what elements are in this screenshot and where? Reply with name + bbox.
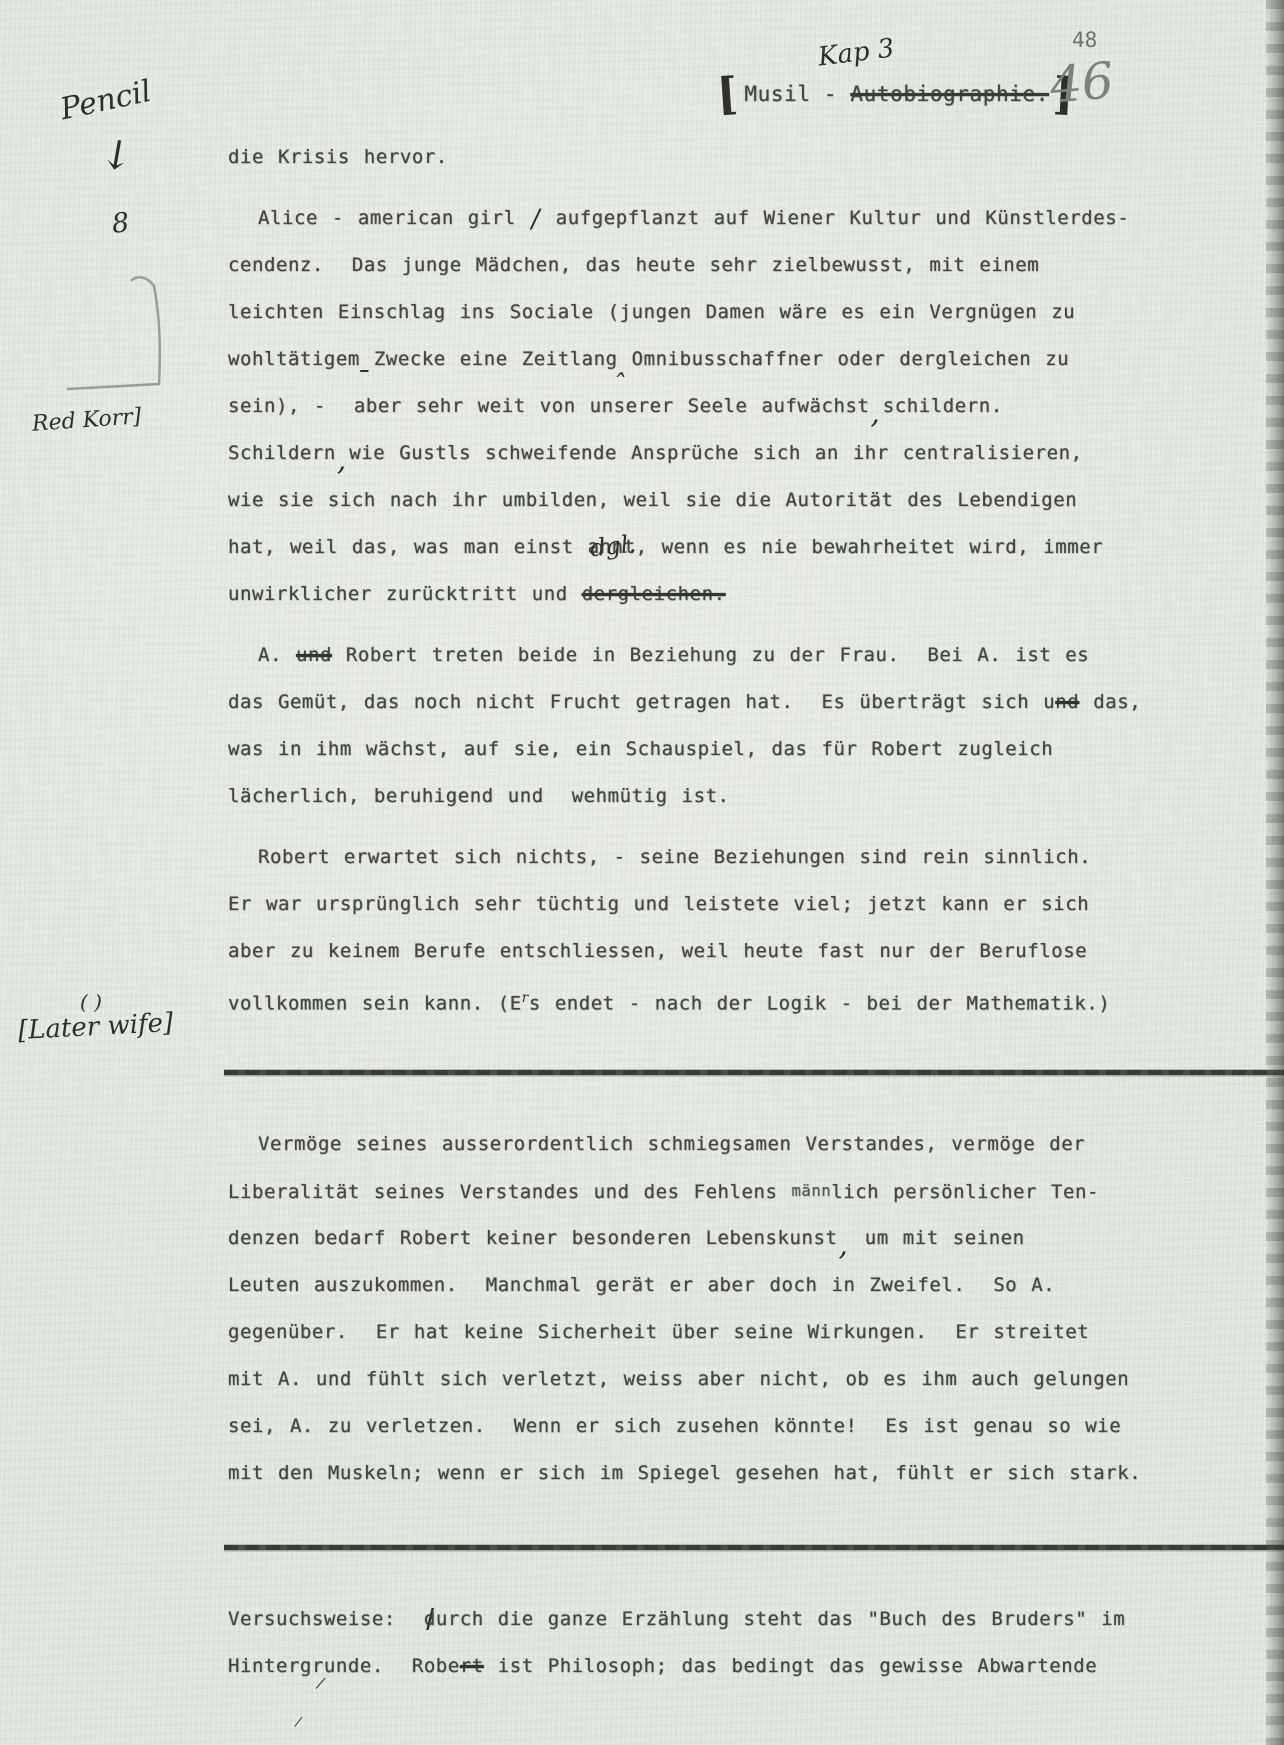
text-segment: aber zu keinem Berufe entschliessen, wei… [228, 940, 1087, 962]
text-line: sein), - aber sehr weit von unserer Seel… [228, 383, 1176, 430]
text-segment: unwirklicher zurücktritt und [228, 583, 582, 605]
text-segment: leichten Einschlag ins Sociale (jungen D… [228, 301, 1075, 323]
red-korr-note: Red Korr] [31, 406, 142, 436]
text-segment: lich persönlicher Ten- [831, 1181, 1099, 1203]
text-segment: das, [1079, 691, 1141, 713]
text-segment-sup: r [522, 990, 529, 1006]
text-line: Robert erwartet sich nichts, - seine Bez… [228, 834, 1176, 881]
text-line: vollkommen sein kann. (Ers endet - nach … [228, 975, 1176, 1022]
text-segment: Er war ursprünglich sehr tüchtig und lei… [228, 893, 1089, 915]
text-segment: A. [258, 644, 296, 666]
paragraph: Alice - american girl / aufgepflanzt auf… [228, 195, 1176, 618]
text-segment: was in ihm wächst, auf sie, ein Schauspi… [228, 738, 1053, 760]
text-segment: Liberalität seines Verstandes und des Fe… [228, 1181, 792, 1203]
down-arrow-mark: ↓ [97, 133, 137, 178]
text-segment: urch die ganze Erzählung steht das "Buch… [436, 1608, 1125, 1630]
text-line: Liberalität seines Verstandes und des Fe… [228, 1168, 1176, 1215]
text-line: aber zu keinem Berufe entschliessen, wei… [228, 928, 1176, 975]
text-segment-strike: nd [1055, 691, 1079, 713]
paragraph: A. und Robert treten beide in Beziehung … [228, 632, 1176, 820]
manuscript-page: [Musil - Autobiographie.] 48 46 die Kris… [0, 0, 1284, 1745]
text-line: die Krisis hervor. [228, 134, 1176, 181]
text-segment: sein), - aber sehr weit von unserer Seel… [228, 395, 869, 417]
text-segment: mit A. und fühlt sich verletzt, weiss ab… [228, 1368, 1129, 1390]
text-line: hat, weil das, was man einst ahnt, wenn … [228, 524, 1176, 571]
text-segment: Robert erwartet sich nichts, - seine Bez… [258, 846, 1091, 868]
text-line: Versuchsweise: durch die ganze Erzählung… [228, 1596, 1176, 1643]
typed-divider-rule [224, 1545, 1284, 1550]
text-line: Alice - american girl / aufgepflanzt auf… [228, 195, 1176, 242]
text-segment: Schildern [228, 442, 336, 464]
text-segment: Hintergrunde. Robe [228, 1655, 460, 1677]
pencil-note: Pencil [58, 77, 154, 125]
document-title: [Musil - Autobiographie.] [664, 58, 1074, 130]
text-line: wie sie sich nach ihr umbilden, weil sie… [228, 477, 1176, 524]
text-segment: die Krisis hervor. [228, 146, 448, 168]
text-segment: Versuchsweise: [228, 1608, 424, 1630]
text-segment: Robert treten beide in Beziehung zu der … [332, 644, 1089, 666]
text-segment-comma: , [870, 396, 879, 430]
text-line: lächerlich, beruhigend und wehmütig ist. [228, 773, 1176, 820]
pencil-bracket-mark [58, 272, 188, 402]
text-segment-dstroke: d [424, 1608, 436, 1630]
text-line: sei, A. zu verletzen. Wenn er sich zuseh… [228, 1403, 1176, 1450]
dgl-insertion: dgl. [589, 532, 637, 561]
text-segment: wie Gustls schweifende Ansprüche sich an… [349, 442, 1082, 464]
text-segment: lächerlich, beruhigend und wehmütig ist. [228, 785, 730, 807]
later-wife-parens: ( ) [80, 992, 102, 1012]
text-segment: aufgepflanzt auf Wiener Kultur und Künst… [542, 207, 1129, 229]
text-line: Schildern,wie Gustls schweifende Ansprüc… [228, 430, 1176, 477]
typed-divider-rule [224, 1070, 1284, 1075]
page-number-typed: 48 [1072, 28, 1097, 52]
text-line: Er war ursprünglich sehr tüchtig und lei… [228, 881, 1176, 928]
text-line: wohltätigem Zwecke eine Zeitlang Omnibus… [228, 336, 1176, 383]
text-segment: vollkommen sein kann. (E [228, 993, 522, 1015]
text-segment: wie sie sich nach ihr umbilden, weil sie… [228, 489, 1077, 511]
text-segment-comma: , [337, 443, 346, 477]
open-bracket-mark: [ [717, 94, 738, 95]
text-segment-strike: rt [460, 1655, 484, 1677]
text-segment: ist Philosoph; das bedingt das gewisse A… [484, 1655, 1097, 1677]
paragraph: Robert erwartet sich nichts, - seine Bez… [228, 834, 1176, 1022]
text-segment: Leuten auszukommen. Manchmal gerät er ab… [228, 1274, 1055, 1296]
text-segment-strike: dergleichen. [582, 583, 726, 605]
stray-mark-2: / [295, 1716, 302, 1730]
caret-mark: ˆ [612, 372, 625, 398]
paragraph: die Krisis hervor. [228, 134, 1176, 181]
text-line: A. und Robert treten beide in Beziehung … [228, 632, 1176, 679]
macron-mark: ¯ [355, 368, 369, 396]
text-line: das Gemüt, das noch nicht Frucht getrage… [228, 679, 1176, 726]
page-number-handwritten: 46 [1048, 51, 1116, 114]
text-line: was in ihm wächst, auf sie, ein Schauspi… [228, 726, 1176, 773]
paragraph: Versuchsweise: durch die ganze Erzählung… [228, 1596, 1176, 1690]
text-segment-comma: , [838, 1228, 847, 1262]
text-line: leichten Einschlag ins Sociale (jungen D… [228, 289, 1176, 336]
text-line: gegenüber. Er hat keine Sicherheit über … [228, 1309, 1176, 1356]
text-line: mit A. und fühlt sich verletzt, weiss ab… [228, 1356, 1176, 1403]
text-segment: sei, A. zu verletzen. Wenn er sich zuseh… [228, 1415, 1121, 1437]
text-line: unwirklicher zurücktritt und dergleichen… [228, 571, 1176, 618]
text-line: Vermöge seines ausserordentlich schmiegs… [228, 1121, 1176, 1168]
title-author: Musil - [744, 82, 850, 106]
text-line: Leuten auszukommen. Manchmal gerät er ab… [228, 1262, 1176, 1309]
title-struck-word: Autobiographie. [850, 82, 1049, 106]
text-line: denzen bedarf Robert keiner besonderen L… [228, 1215, 1176, 1262]
text-line: Hintergrunde. Robert ist Philosoph; das … [228, 1643, 1176, 1690]
text-segment: cendenz. Das junge Mädchen, das heute se… [228, 254, 1039, 276]
text-segment: Alice - american girl [258, 207, 530, 229]
text-segment: s endet - nach der Logik - bei der Mathe… [529, 993, 1110, 1015]
figure-8-mark: 8 [111, 209, 131, 238]
text-segment-strike: und [296, 644, 332, 666]
text-segment: um mit seinen [851, 1227, 1025, 1249]
paragraph: Vermöge seines ausserordentlich schmiegs… [228, 1121, 1176, 1497]
text-segment: hat, weil das, was man einst ahnt, wenn … [228, 536, 1103, 558]
text-line: cendenz. Das junge Mädchen, das heute se… [228, 242, 1176, 289]
text-line: mit den Muskeln; wenn er sich im Spiegel… [228, 1450, 1176, 1497]
text-segment-small: männ [792, 1182, 832, 1200]
text-segment: denzen bedarf Robert keiner besonderen L… [228, 1227, 837, 1249]
text-segment: gegenüber. Er hat keine Sicherheit über … [228, 1321, 1089, 1343]
text-segment: das Gemüt, das noch nicht Frucht getrage… [228, 691, 1055, 713]
later-wife-note: [Later wife] [17, 1010, 173, 1044]
typescript-body: die Krisis hervor.Alice - american girl … [228, 134, 1176, 1704]
text-segment: mit den Muskeln; wenn er sich im Spiegel… [228, 1462, 1141, 1484]
text-segment: schildern. [883, 395, 1003, 417]
text-segment: Vermöge seines ausserordentlich schmiegs… [258, 1133, 1085, 1155]
